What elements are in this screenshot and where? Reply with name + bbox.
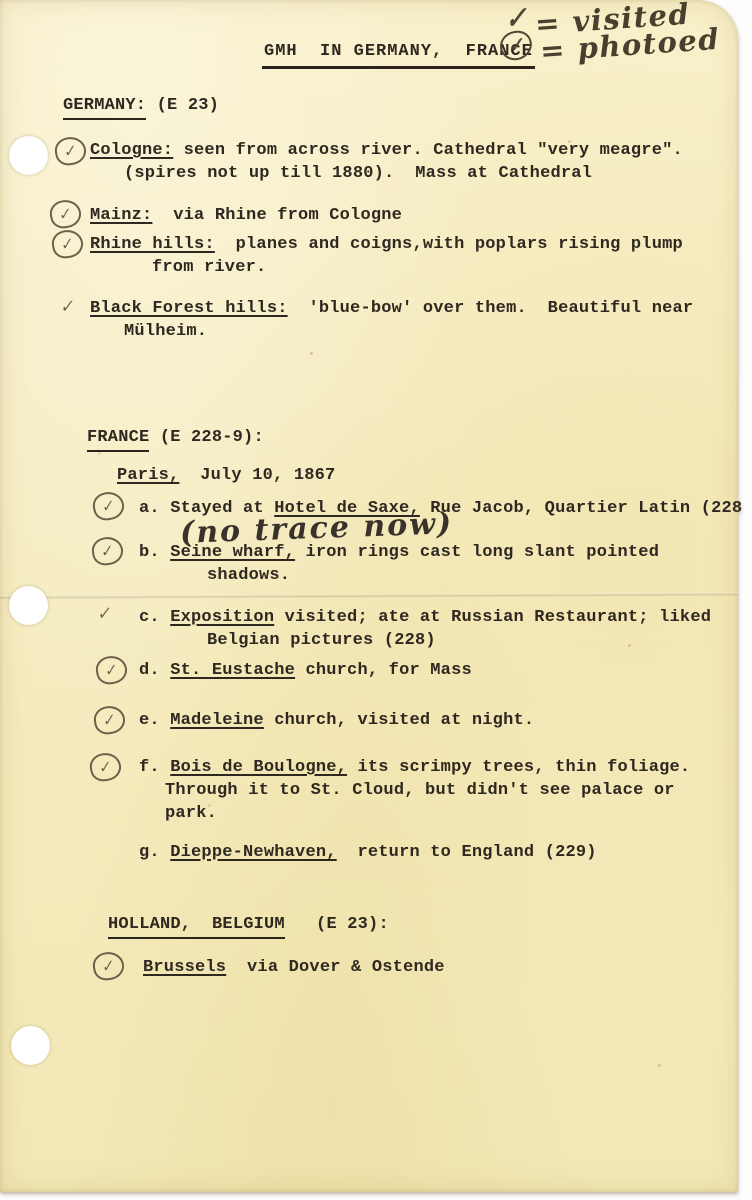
item-mainz: Mainz: via Rhine from Cologne <box>90 204 402 227</box>
section-heading-germany: GERMANY: (E 23) <box>63 94 219 120</box>
item-text: iron rings cast long slant pointed <box>295 543 659 562</box>
page-title: GMH IN GERMANY, FRANCE <box>262 40 535 69</box>
check-icon: ✓ <box>106 658 117 682</box>
item-lead: f. <box>139 758 170 777</box>
item-g-dieppe-newhaven: g. Dieppe-Newhaven, return to England (2… <box>139 841 597 864</box>
item-text: planes and coigns,with poplars rising pl… <box>215 235 683 254</box>
item-text-cont: shadows. <box>139 564 659 587</box>
item-lead: d. <box>139 661 170 680</box>
check-icon: ✓ <box>100 755 111 779</box>
punch-hole <box>11 1026 50 1065</box>
photoed-check-icon: ✓ <box>48 198 83 231</box>
item-cologne: Cologne: seen from across river. Cathedr… <box>90 139 683 185</box>
legend-photoed: ✓ = photoed <box>500 28 720 62</box>
item-text: its scrimpy trees, thin foliage. <box>347 758 690 777</box>
item-lead: e. <box>139 711 170 730</box>
punch-hole <box>9 136 48 175</box>
item-black-forest: Black Forest hills: 'blue-bow' over them… <box>90 297 693 343</box>
visited-check-icon: ✓ <box>98 601 112 626</box>
fold-crease <box>0 592 738 599</box>
heading-ref: (E 228-9): <box>149 428 263 447</box>
heading-text: GERMANY: <box>63 94 146 120</box>
photoed-check-icon: ✓ <box>50 228 85 261</box>
item-brussels: Brussels via Dover & Ostende <box>143 956 445 979</box>
item-rhine-hills: Rhine hills: planes and coigns,with popl… <box>90 233 683 279</box>
item-lead: g. <box>139 843 170 862</box>
item-label: Cologne: <box>90 141 173 160</box>
page-title-text: GMH IN GERMANY, FRANCE <box>262 40 535 69</box>
check-icon: ✓ <box>103 494 114 518</box>
item-text: church, visited at night. <box>264 711 534 730</box>
section-heading-holland-belgium: HOLLAND, BELGIUM (E 23): <box>108 913 389 939</box>
photoed-check-icon: ✓ <box>92 704 127 737</box>
subheading-paris: Paris, July 10, 1867 <box>117 464 335 487</box>
item-text-cont: from river. <box>90 256 683 279</box>
photoed-check-icon: ✓ <box>91 490 126 523</box>
item-text: church, for Mass <box>295 661 472 680</box>
photoed-check-icon: ✓ <box>88 751 123 784</box>
photoed-check-icon: ✓ <box>91 950 126 983</box>
photoed-check-icon: ✓ <box>53 135 88 168</box>
item-text-cont: Mülheim. <box>90 320 693 343</box>
paper-sheet: GMH IN GERMANY, FRANCE ✓ = visited ✓ = p… <box>0 0 738 1192</box>
check-icon: ✓ <box>62 232 73 256</box>
age-speck <box>310 352 313 355</box>
item-label: Exposition <box>170 608 274 627</box>
heading-text: HOLLAND, BELGIUM <box>108 913 285 939</box>
item-label: Dieppe-Newhaven, <box>170 843 336 862</box>
heading-ref: (E 23) <box>146 96 219 115</box>
item-label: St. Eustache <box>170 661 295 680</box>
item-text: via Dover & Ostende <box>226 958 444 977</box>
item-text: 'blue-bow' over them. Beautiful near <box>288 299 694 318</box>
item-text-cont: Through it to St. Cloud, but didn't see … <box>139 779 690 802</box>
check-icon: ✓ <box>102 539 113 563</box>
scanned-document-page: GMH IN GERMANY, FRANCE ✓ = visited ✓ = p… <box>0 0 752 1200</box>
item-text: Rue Jacob, Quartier Latin (228 <box>420 499 742 518</box>
item-label: Black Forest hills: <box>90 299 288 318</box>
item-text: return to England (229) <box>337 843 597 862</box>
punch-hole <box>9 586 48 625</box>
check-icon: ✓ <box>60 202 71 226</box>
item-lead: c. <box>139 608 170 627</box>
item-label: Seine wharf, <box>170 543 295 562</box>
item-text-cont: Belgian pictures (228) <box>139 629 711 652</box>
section-heading-france: FRANCE (E 228-9): <box>87 426 264 452</box>
item-text: via Rhine from Cologne <box>152 206 402 225</box>
heading-ref: (E 23): <box>285 915 389 934</box>
item-text-cont: park. <box>139 802 690 825</box>
subheading-label: Paris, <box>117 466 179 485</box>
check-icon: ✓ <box>506 33 525 57</box>
item-c-exposition: c. Exposition visited; ate at Russian Re… <box>139 606 711 652</box>
legend-photoed-label: = photoed <box>539 22 721 68</box>
subheading-text: July 10, 1867 <box>179 466 335 485</box>
item-label: Bois de Boulogne, <box>170 758 347 777</box>
check-icon: ✓ <box>65 139 76 163</box>
item-d-st-eustache: d. St. Eustache church, for Mass <box>139 659 472 682</box>
item-lead: b. <box>139 543 170 562</box>
item-label: Brussels <box>143 958 226 977</box>
item-e-madeleine: e. Madeleine church, visited at night. <box>139 709 534 732</box>
item-label: Mainz: <box>90 206 152 225</box>
item-label: Madeleine <box>170 711 264 730</box>
heading-text: FRANCE <box>87 426 149 452</box>
item-text: visited; ate at Russian Restaurant; like… <box>274 608 711 627</box>
check-icon: ✓ <box>103 954 114 978</box>
check-icon: ✓ <box>104 708 115 732</box>
item-text: seen from across river. Cathedral "very … <box>173 141 683 160</box>
photoed-check-icon: ✓ <box>90 535 125 568</box>
photoed-check-icon: ✓ <box>94 654 129 687</box>
item-f-bois-de-boulogne: f. Bois de Boulogne, its scrimpy trees, … <box>139 756 690 825</box>
item-b-seine-wharf: b. Seine wharf, iron rings cast long sla… <box>139 541 659 587</box>
item-label: Rhine hills: <box>90 235 215 254</box>
item-text-cont: (spires not up till 1880). Mass at Cathe… <box>90 162 683 185</box>
circled-check-icon: ✓ <box>497 27 534 62</box>
visited-check-icon: ✓ <box>61 294 75 319</box>
